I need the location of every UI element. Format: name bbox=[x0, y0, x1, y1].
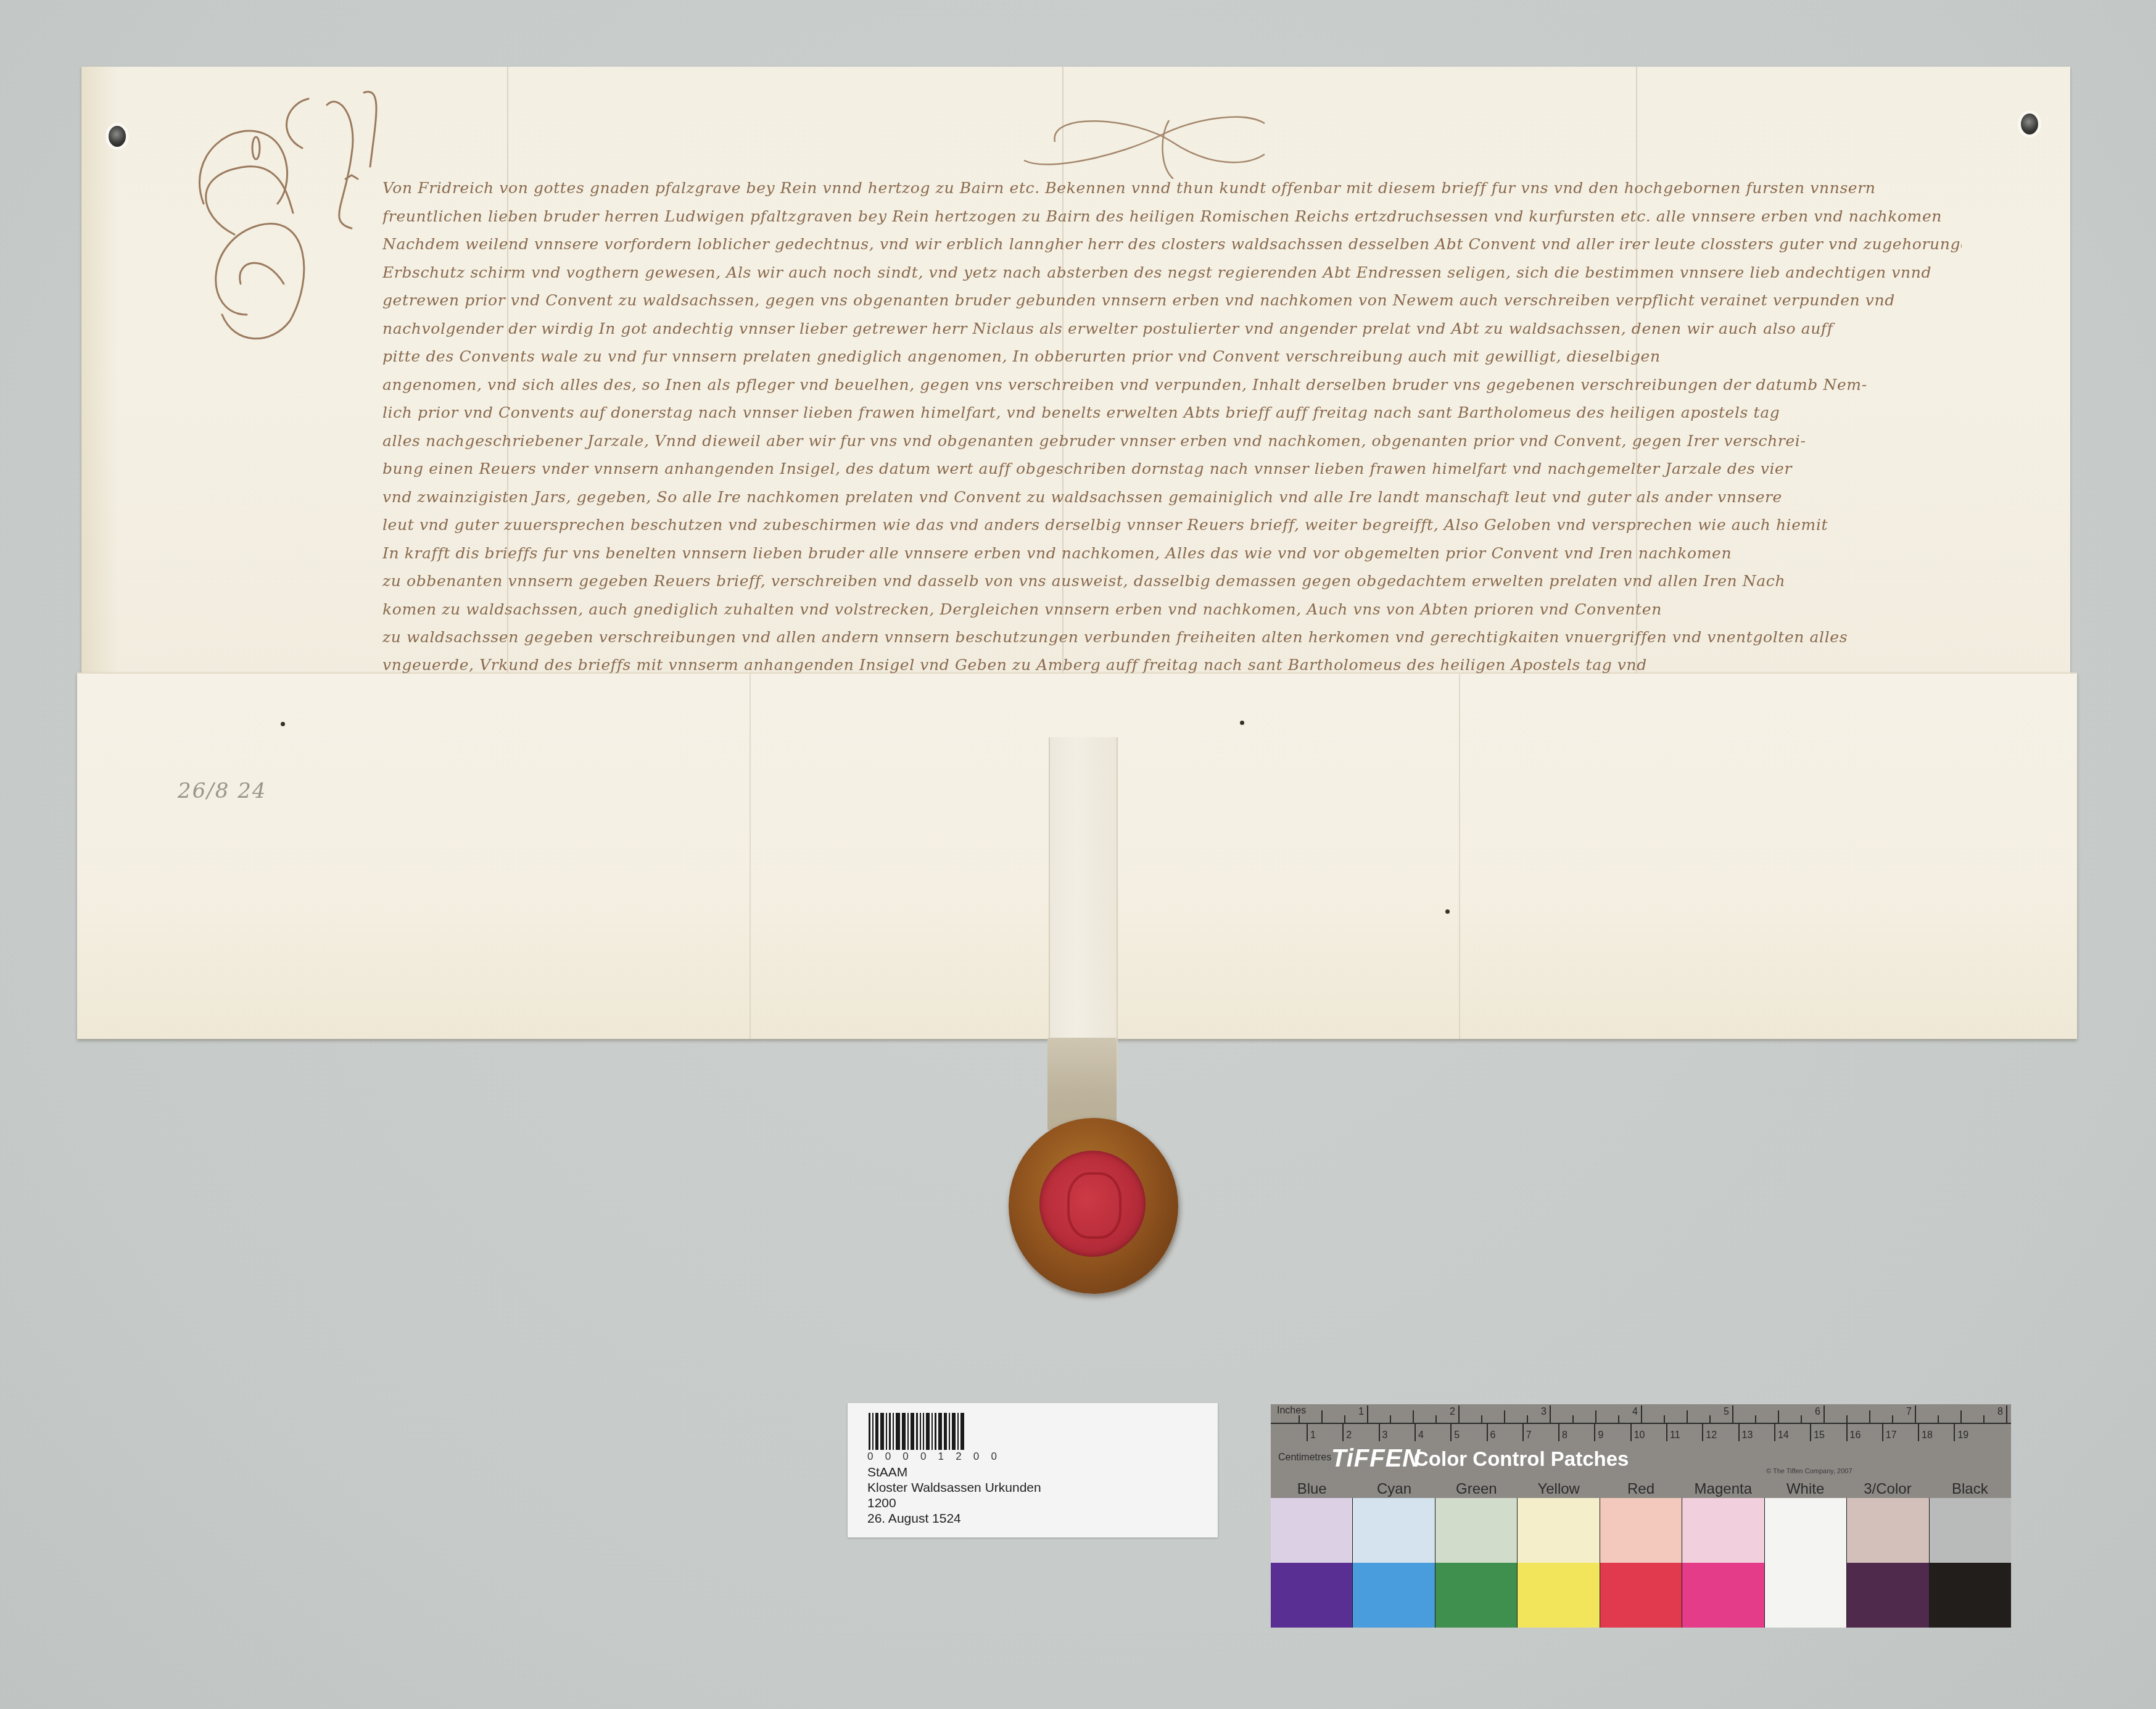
text-line: bung einen Reuers vnder vnnsern anhangen… bbox=[382, 455, 1962, 483]
cm-tick bbox=[1810, 1424, 1811, 1441]
cm-tick bbox=[1487, 1424, 1488, 1441]
patch-column bbox=[1600, 1498, 1682, 1628]
punch-hole-left bbox=[109, 126, 126, 147]
cm-number: 19 bbox=[1957, 1430, 1968, 1441]
seal-tag-strip bbox=[1047, 1038, 1117, 1130]
patch-light bbox=[1930, 1498, 2011, 1563]
patch-column bbox=[1765, 1498, 1847, 1628]
cm-tick bbox=[1450, 1424, 1452, 1441]
patch-dark bbox=[1435, 1563, 1517, 1628]
charter-text-last-line: vngeuerde, Vrkund des brieffs mit vnnser… bbox=[382, 651, 1962, 679]
inch-subtick bbox=[1801, 1415, 1802, 1423]
tiffen-logo: TiFFEN bbox=[1331, 1445, 1421, 1473]
patch-column bbox=[1271, 1498, 1353, 1628]
text-line: vngeuerde, Vrkund des brieffs mit vnnser… bbox=[382, 651, 1962, 679]
patch-label: Green bbox=[1435, 1481, 1518, 1498]
patch-dark bbox=[1600, 1563, 1682, 1628]
label-collection: Kloster Waldsassen Urkunden bbox=[867, 1480, 1041, 1496]
cm-tick bbox=[1379, 1424, 1380, 1441]
chart-title: Color Control Patches bbox=[1414, 1447, 1629, 1471]
barcode-digit: 0 bbox=[991, 1450, 996, 1463]
patch-label: Blue bbox=[1271, 1481, 1353, 1498]
inch-tick bbox=[1915, 1405, 1916, 1423]
cm-tick bbox=[1846, 1424, 1848, 1441]
ink-speck bbox=[281, 722, 285, 726]
inch-subtick bbox=[1527, 1415, 1528, 1423]
inch-subtick bbox=[1709, 1415, 1711, 1423]
cm-number: 7 bbox=[1526, 1430, 1532, 1441]
patch-light bbox=[1765, 1498, 1846, 1563]
inch-number: 1 bbox=[1358, 1407, 1364, 1418]
text-line: lich prior vnd Convents auf donerstag na… bbox=[382, 399, 1962, 427]
inch-subtick bbox=[1481, 1415, 1482, 1423]
cm-number: 11 bbox=[1670, 1430, 1680, 1441]
patch-dark bbox=[1847, 1563, 1928, 1628]
text-line: Erbschutz schirm vnd vogthern gewesen, A… bbox=[382, 259, 1962, 287]
barcode-digit: 0 bbox=[885, 1450, 891, 1463]
cm-number: 15 bbox=[1814, 1430, 1825, 1441]
text-line: leut vnd guter zuuersprechen beschutzen … bbox=[382, 511, 1962, 539]
seal-tag bbox=[1049, 737, 1118, 1083]
patch-light bbox=[1600, 1498, 1682, 1563]
text-line: angenomen, vnd sich alles des, so Inen a… bbox=[382, 371, 1962, 399]
patch-dark bbox=[1271, 1563, 1352, 1628]
inch-tick bbox=[1550, 1405, 1551, 1423]
cm-number: 2 bbox=[1346, 1430, 1352, 1441]
inch-subtick bbox=[1778, 1410, 1779, 1423]
cm-tick bbox=[1882, 1424, 1883, 1441]
centimetres-label: Centimetres bbox=[1278, 1452, 1331, 1463]
cm-number: 17 bbox=[1886, 1430, 1897, 1441]
inch-tick bbox=[1367, 1405, 1368, 1423]
patch-label: White bbox=[1764, 1481, 1846, 1498]
patch-dark bbox=[1930, 1563, 2011, 1628]
patch-dark bbox=[1353, 1563, 1434, 1628]
cm-tick bbox=[1738, 1424, 1740, 1441]
cm-number: 18 bbox=[1922, 1430, 1933, 1441]
patch-label: Cyan bbox=[1353, 1481, 1435, 1498]
patch-dark bbox=[1518, 1563, 1599, 1628]
patch-column bbox=[1353, 1498, 1435, 1628]
inch-subtick bbox=[1321, 1410, 1323, 1423]
patch-labels: Blue Cyan Green Yellow Red Magenta White… bbox=[1271, 1481, 2011, 1498]
decorated-initial-icon bbox=[160, 80, 407, 352]
inch-subtick bbox=[1983, 1415, 1985, 1423]
cm-number: 12 bbox=[1706, 1430, 1717, 1441]
inch-number: 5 bbox=[1724, 1407, 1729, 1418]
text-line: In krafft dis brieffs fur vns benelten v… bbox=[382, 539, 1962, 568]
text-line: Nachdem weilend vnnsere vorfordern lobli… bbox=[382, 230, 1962, 259]
barcode-digit: 0 bbox=[867, 1450, 873, 1463]
color-control-chart: Inches Centimetres 123456781234567891011… bbox=[1271, 1404, 2011, 1629]
barcode-digit: 2 bbox=[956, 1450, 961, 1463]
patch-label: Black bbox=[1929, 1481, 2011, 1498]
cm-tick bbox=[1666, 1424, 1667, 1441]
cm-tick bbox=[1342, 1424, 1344, 1441]
inch-number: 6 bbox=[1815, 1407, 1820, 1418]
fold-line bbox=[750, 674, 751, 1039]
inch-subtick bbox=[1960, 1410, 1962, 1423]
text-line: nachvolgender der wirdig In got andechti… bbox=[382, 315, 1962, 343]
cm-number: 5 bbox=[1454, 1430, 1460, 1441]
cm-tick bbox=[1594, 1424, 1595, 1441]
barcode-digit: 0 bbox=[902, 1450, 908, 1463]
inch-subtick bbox=[1344, 1415, 1345, 1423]
patch-dark bbox=[1682, 1563, 1764, 1628]
text-line: komen zu waldsachssen, auch gnediglich z… bbox=[382, 595, 1962, 624]
cm-number: 16 bbox=[1850, 1430, 1861, 1441]
cm-number: 13 bbox=[1742, 1430, 1753, 1441]
patch-column bbox=[1518, 1498, 1600, 1628]
label-institution: StAAM bbox=[867, 1465, 1041, 1480]
cm-tick bbox=[1307, 1424, 1308, 1441]
cm-number: 4 bbox=[1418, 1430, 1424, 1441]
color-patches bbox=[1271, 1498, 2011, 1628]
patch-label: Magenta bbox=[1682, 1481, 1764, 1498]
patch-label: Red bbox=[1600, 1481, 1682, 1498]
cm-tick bbox=[1630, 1424, 1632, 1441]
barcode-digit: 0 bbox=[973, 1450, 979, 1463]
cm-number: 3 bbox=[1382, 1430, 1388, 1441]
barcode-icon bbox=[869, 1413, 992, 1450]
inch-number: 7 bbox=[1906, 1407, 1912, 1418]
label-date: 26. August 1524 bbox=[867, 1511, 1041, 1526]
inch-subtick bbox=[1299, 1415, 1300, 1423]
cm-number: 9 bbox=[1598, 1430, 1603, 1441]
patch-column bbox=[1847, 1498, 1929, 1628]
inch-tick bbox=[2006, 1405, 2007, 1423]
text-line: freuntlichen lieben bruder herren Ludwig… bbox=[382, 202, 1962, 231]
text-line: zu obbenanten vnnsern gegeben Reuers bri… bbox=[382, 567, 1962, 595]
patch-label: 3/Color bbox=[1846, 1481, 1928, 1498]
patch-light bbox=[1271, 1498, 1352, 1563]
patch-light bbox=[1435, 1498, 1517, 1563]
text-line: getrewen prior vnd Convent zu waldsachss… bbox=[382, 286, 1962, 315]
patch-light bbox=[1518, 1498, 1599, 1563]
patch-label: Yellow bbox=[1518, 1481, 1600, 1498]
inch-subtick bbox=[1504, 1410, 1505, 1423]
archive-label: 0 0 0 0 1 2 0 0 StAAM Kloster Waldsassen… bbox=[848, 1403, 1218, 1537]
text-line: vnd zwainzigisten Jars, gegeben, So alle… bbox=[382, 483, 1962, 511]
patch-column bbox=[1682, 1498, 1764, 1628]
inch-subtick bbox=[1595, 1410, 1596, 1423]
fold-line bbox=[1459, 674, 1460, 1039]
label-number: 1200 bbox=[867, 1496, 1041, 1511]
cm-tick bbox=[1702, 1424, 1703, 1441]
inch-subtick bbox=[1413, 1410, 1414, 1423]
inch-number: 4 bbox=[1632, 1407, 1638, 1418]
cm-tick bbox=[1774, 1424, 1775, 1441]
patch-light bbox=[1353, 1498, 1434, 1563]
inch-tick bbox=[1732, 1405, 1733, 1423]
inch-tick bbox=[1458, 1405, 1460, 1423]
monogram-flourish-icon bbox=[1012, 99, 1271, 179]
barcode-digit: 1 bbox=[938, 1450, 944, 1463]
ink-speck bbox=[1445, 909, 1450, 914]
punch-hole-right bbox=[2021, 114, 2038, 134]
barcode-number: 0 0 0 0 1 2 0 0 bbox=[867, 1450, 997, 1463]
inch-subtick bbox=[1755, 1415, 1756, 1423]
charter-text: Von Fridreich von gottes gnaden pfalzgra… bbox=[382, 174, 1962, 652]
inch-number: 2 bbox=[1450, 1407, 1455, 1418]
text-line: alles nachgeschriebener Jarzale, Vnnd di… bbox=[382, 427, 1962, 455]
cm-number: 14 bbox=[1778, 1430, 1789, 1441]
inch-number: 3 bbox=[1541, 1407, 1547, 1418]
cm-number: 6 bbox=[1490, 1430, 1496, 1441]
text-line: zu waldsachssen gegeben verschreibungen … bbox=[382, 623, 1962, 652]
inch-subtick bbox=[1390, 1415, 1391, 1423]
cm-number: 8 bbox=[1562, 1430, 1567, 1441]
inch-number: 8 bbox=[1997, 1407, 2003, 1418]
patch-light bbox=[1682, 1498, 1764, 1563]
patch-column bbox=[1930, 1498, 2011, 1628]
label-text: StAAM Kloster Waldsassen Urkunden 1200 2… bbox=[867, 1465, 1041, 1526]
inch-subtick bbox=[1664, 1415, 1665, 1423]
wax-seal-impression-icon bbox=[1039, 1151, 1146, 1257]
inch-subtick bbox=[1892, 1415, 1893, 1423]
inch-subtick bbox=[1435, 1415, 1437, 1423]
patch-column bbox=[1435, 1498, 1518, 1628]
text-line: pitte des Convents wale zu vnd fur vnnse… bbox=[382, 342, 1962, 371]
ink-speck bbox=[1240, 721, 1244, 725]
text-line: Von Fridreich von gottes gnaden pfalzgra… bbox=[382, 174, 1962, 202]
inch-subtick bbox=[1618, 1415, 1619, 1423]
inch-subtick bbox=[1869, 1410, 1870, 1423]
inch-tick bbox=[1641, 1405, 1642, 1423]
inch-subtick bbox=[1687, 1410, 1688, 1423]
inch-subtick bbox=[1846, 1415, 1848, 1423]
chart-header: Inches Centimetres 123456781234567891011… bbox=[1271, 1404, 2011, 1498]
cm-tick bbox=[1415, 1424, 1416, 1441]
cm-number: 1 bbox=[1310, 1430, 1316, 1441]
patch-dark bbox=[1765, 1563, 1846, 1628]
cm-tick bbox=[1918, 1424, 1919, 1441]
inch-subtick bbox=[1572, 1415, 1574, 1423]
cm-tick bbox=[1954, 1424, 1955, 1441]
cm-number: 10 bbox=[1634, 1430, 1645, 1441]
pencil-archive-note: 26/8 24 bbox=[178, 779, 266, 803]
cm-tick bbox=[1558, 1424, 1559, 1441]
cm-tick bbox=[1522, 1424, 1524, 1441]
inch-tick bbox=[1824, 1405, 1825, 1423]
barcode-digit: 0 bbox=[920, 1450, 926, 1463]
chart-copyright: © The Tiffen Company, 2007 bbox=[1766, 1468, 1852, 1475]
inches-label: Inches bbox=[1277, 1405, 1306, 1417]
inch-subtick bbox=[1938, 1415, 1939, 1423]
patch-light bbox=[1847, 1498, 1928, 1563]
